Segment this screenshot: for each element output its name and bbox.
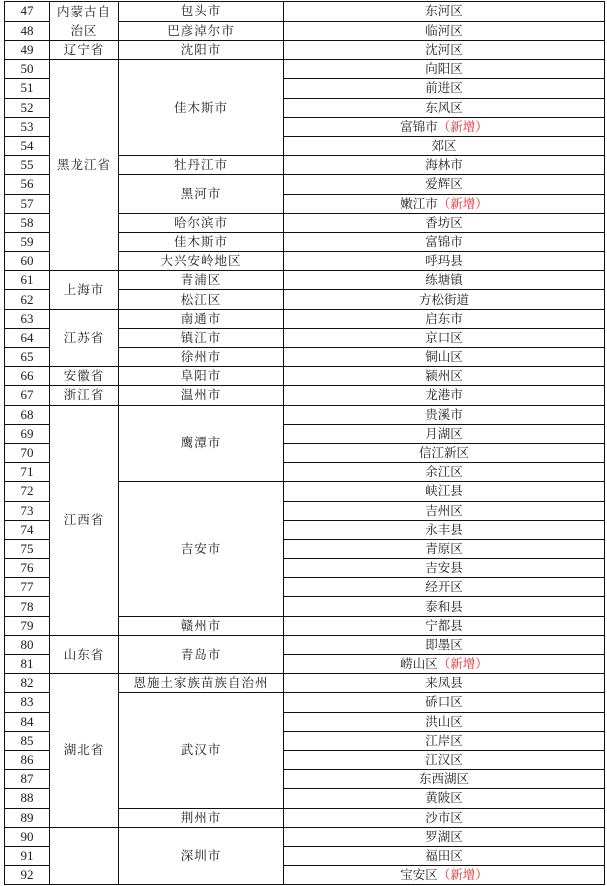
district-cell: 永丰县 [284,520,605,539]
city-cell: 鹰潭市 [119,405,284,482]
district-cell: 郊区 [284,136,605,155]
district-cell: 东河区 [284,2,605,22]
district-name: 来凤县 [425,675,463,690]
city-cell: 大兴安岭地区 [119,252,284,271]
district-cell: 前进区 [284,79,605,98]
table-row: 50黑龙江省佳木斯市向阳区 [5,60,605,79]
row-number-cell: 61 [5,271,50,290]
row-number-cell: 73 [5,501,50,520]
table-body: 47内蒙古自治区包头市东河区48巴彦淖尔市临河区49辽宁省沈阳市沈河区50黑龙江… [5,2,605,885]
district-name: 颍州区 [425,368,463,383]
district-name: 郊区 [431,138,456,153]
row-number-cell: 83 [5,693,50,712]
district-cell: 信江新区 [284,443,605,462]
row-number-cell: 80 [5,635,50,654]
row-number-cell: 64 [5,328,50,347]
city-cell: 镇江市 [119,328,284,347]
province-cell: 山东省 [50,635,119,673]
district-name: 信江新区 [419,445,469,460]
table-row: 63江苏省南通市启东市 [5,309,605,328]
province-cell: 江苏省 [50,309,119,367]
row-number-cell: 67 [5,386,50,405]
district-name: 龙港市 [425,387,463,402]
row-number-cell: 58 [5,213,50,232]
district-cell: 呼玛县 [284,252,605,271]
row-number-cell: 71 [5,463,50,482]
district-name: 宁都县 [425,618,463,633]
table-row: 47内蒙古自治区包头市东河区 [5,2,605,22]
row-number-cell: 79 [5,616,50,635]
row-number-cell: 69 [5,424,50,443]
district-name: 临河区 [425,23,463,38]
row-number-cell: 76 [5,559,50,578]
city-cell: 佳木斯市 [119,232,284,251]
district-name: 练塘镇 [425,272,463,287]
district-cell: 余江区 [284,463,605,482]
row-number-cell: 60 [5,252,50,271]
row-number-cell: 49 [5,41,50,60]
row-number-cell: 89 [5,808,50,827]
city-cell: 巴彦淖尔市 [119,21,284,41]
row-number-cell: 65 [5,348,50,367]
district-cell: 爱辉区 [284,175,605,194]
district-name: 富锦市 [400,119,438,134]
table-row: 67浙江省温州市龙港市 [5,386,605,405]
new-tag-label: （新增） [438,867,488,882]
city-cell: 青岛市 [119,635,284,673]
district-cell: 来凤县 [284,674,605,693]
row-number-cell: 54 [5,136,50,155]
row-number-cell: 70 [5,443,50,462]
district-name: 富锦市 [425,234,463,249]
row-number-cell: 52 [5,98,50,117]
district-cell: 即墨区 [284,635,605,654]
district-name: 月湖区 [425,426,463,441]
district-name: 嫩江市 [400,196,438,211]
row-number-cell: 68 [5,405,50,424]
row-number-cell: 81 [5,655,50,674]
city-cell: 吉安市 [119,482,284,616]
city-cell: 阜阳市 [119,367,284,386]
district-cell: 临河区 [284,21,605,41]
row-number-cell: 78 [5,597,50,616]
district-cell: 泰和县 [284,597,605,616]
city-cell: 包头市 [119,2,284,22]
row-number-cell: 92 [5,866,50,885]
district-name: 洪山区 [425,714,463,729]
row-number-cell: 47 [5,2,50,22]
district-cell: 吉州区 [284,501,605,520]
district-name: 东风区 [425,100,463,115]
row-number-cell: 48 [5,21,50,41]
district-name: 黄陂区 [425,790,463,805]
city-cell: 武汉市 [119,693,284,808]
district-name: 爱辉区 [425,176,463,191]
row-number-cell: 50 [5,60,50,79]
table-row: 80山东省青岛市即墨区 [5,635,605,654]
table-row: 61上海市青浦区练塘镇 [5,271,605,290]
province-cell: 内蒙古自治区 [50,2,119,41]
district-name: 沈河区 [425,42,463,57]
district-cell: 启东市 [284,309,605,328]
city-cell: 牡丹江市 [119,156,284,175]
table-row: 49辽宁省沈阳市沈河区 [5,41,605,60]
province-cell: 江西省 [50,405,119,635]
district-name: 吉安县 [425,560,463,575]
district-cell: 江汉区 [284,750,605,769]
district-cell: 东风区 [284,98,605,117]
row-number-cell: 51 [5,79,50,98]
district-cell: 海林市 [284,156,605,175]
row-number-cell: 62 [5,290,50,309]
row-number-cell: 85 [5,731,50,750]
province-cell: 辽宁省 [50,41,119,60]
row-number-cell: 53 [5,117,50,136]
row-number-cell: 74 [5,520,50,539]
province-cell: 浙江省 [50,386,119,405]
row-number-cell: 75 [5,539,50,558]
district-name: 呼玛县 [425,253,463,268]
district-cell: 龙港市 [284,386,605,405]
district-name: 永丰县 [425,522,463,537]
table-row: 90深圳市罗湖区 [5,827,605,846]
table-row: 82湖北省恩施土家族苗族自治州来凤县 [5,674,605,693]
row-number-cell: 72 [5,482,50,501]
district-name: 经开区 [425,579,463,594]
district-cell: 练塘镇 [284,271,605,290]
district-name: 前进区 [425,80,463,95]
district-cell: 富锦市（新增） [284,117,605,136]
city-cell: 南通市 [119,309,284,328]
pilot-district-table-wrapper: 47内蒙古自治区包头市东河区48巴彦淖尔市临河区49辽宁省沈阳市沈河区50黑龙江… [4,1,604,885]
district-name: 向阳区 [425,61,463,76]
row-number-cell: 82 [5,674,50,693]
district-name: 东西湖区 [419,771,469,786]
district-name: 宝安区 [400,867,438,882]
table-row: 68江西省鹰潭市贵溪市 [5,405,605,424]
district-cell: 富锦市 [284,232,605,251]
city-cell: 沈阳市 [119,41,284,60]
district-cell: 铜山区 [284,348,605,367]
district-cell: 吉安县 [284,559,605,578]
province-cell: 黑龙江省 [50,60,119,271]
district-name: 江岸区 [425,733,463,748]
pilot-district-table: 47内蒙古自治区包头市东河区48巴彦淖尔市临河区49辽宁省沈阳市沈河区50黑龙江… [4,1,605,885]
city-cell: 松江区 [119,290,284,309]
district-cell: 经开区 [284,578,605,597]
district-cell: 颍州区 [284,367,605,386]
row-number-cell: 86 [5,750,50,769]
province-cell: 湖北省 [50,674,119,828]
district-cell: 沈河区 [284,41,605,60]
district-cell: 福田区 [284,846,605,865]
city-cell: 赣州市 [119,616,284,635]
city-cell: 哈尔滨市 [119,213,284,232]
district-cell: 香坊区 [284,213,605,232]
city-cell: 青浦区 [119,271,284,290]
district-cell: 峡江县 [284,482,605,501]
row-number-cell: 87 [5,770,50,789]
province-cell: 安徽省 [50,367,119,386]
row-number-cell: 63 [5,309,50,328]
row-number-cell: 91 [5,846,50,865]
district-name: 青原区 [425,541,463,556]
row-number-cell: 84 [5,712,50,731]
district-name: 硚口区 [425,694,463,709]
district-name: 香坊区 [425,215,463,230]
district-cell: 硚口区 [284,693,605,712]
district-name: 铜山区 [425,349,463,364]
district-name: 东河区 [425,3,463,18]
district-cell: 京口区 [284,328,605,347]
city-cell: 恩施土家族苗族自治州 [119,674,284,693]
row-number-cell: 90 [5,827,50,846]
district-name: 京口区 [425,330,463,345]
city-cell: 温州市 [119,386,284,405]
row-number-cell: 88 [5,789,50,808]
new-tag-label: （新增） [438,119,488,134]
district-cell: 方松街道 [284,290,605,309]
city-cell: 黑河市 [119,175,284,213]
city-cell: 徐州市 [119,348,284,367]
district-cell: 嫩江市（新增） [284,194,605,213]
city-cell: 荆州市 [119,808,284,827]
district-cell: 罗湖区 [284,827,605,846]
table-row: 66安徽省阜阳市颍州区 [5,367,605,386]
district-name: 海林市 [425,157,463,172]
district-cell: 沙市区 [284,808,605,827]
row-number-cell: 59 [5,232,50,251]
new-tag-label: （新增） [438,656,488,671]
district-name: 沙市区 [425,810,463,825]
district-cell: 青原区 [284,539,605,558]
district-cell: 崂山区（新增） [284,655,605,674]
district-name: 福田区 [425,848,463,863]
district-cell: 向阳区 [284,60,605,79]
city-cell: 佳木斯市 [119,60,284,156]
province-cell: 上海市 [50,271,119,309]
row-number-cell: 66 [5,367,50,386]
district-cell: 江岸区 [284,731,605,750]
district-name: 余江区 [425,464,463,479]
row-number-cell: 77 [5,578,50,597]
row-number-cell: 55 [5,156,50,175]
row-number-cell: 57 [5,194,50,213]
district-name: 方松街道 [419,292,469,307]
district-name: 崂山区 [400,656,438,671]
district-name: 即墨区 [425,637,463,652]
district-name: 吉州区 [425,503,463,518]
district-name: 峡江县 [425,483,463,498]
district-cell: 东西湖区 [284,770,605,789]
district-cell: 月湖区 [284,424,605,443]
province-cell [50,827,119,885]
city-cell: 深圳市 [119,827,284,885]
row-number-cell: 56 [5,175,50,194]
district-cell: 黄陂区 [284,789,605,808]
district-name: 贵溪市 [425,407,463,422]
district-name: 泰和县 [425,599,463,614]
district-cell: 宝安区（新增） [284,866,605,885]
district-name: 江汉区 [425,752,463,767]
district-name: 启东市 [425,311,463,326]
district-cell: 贵溪市 [284,405,605,424]
district-cell: 洪山区 [284,712,605,731]
district-name: 罗湖区 [425,829,463,844]
new-tag-label: （新增） [438,196,488,211]
district-cell: 宁都县 [284,616,605,635]
